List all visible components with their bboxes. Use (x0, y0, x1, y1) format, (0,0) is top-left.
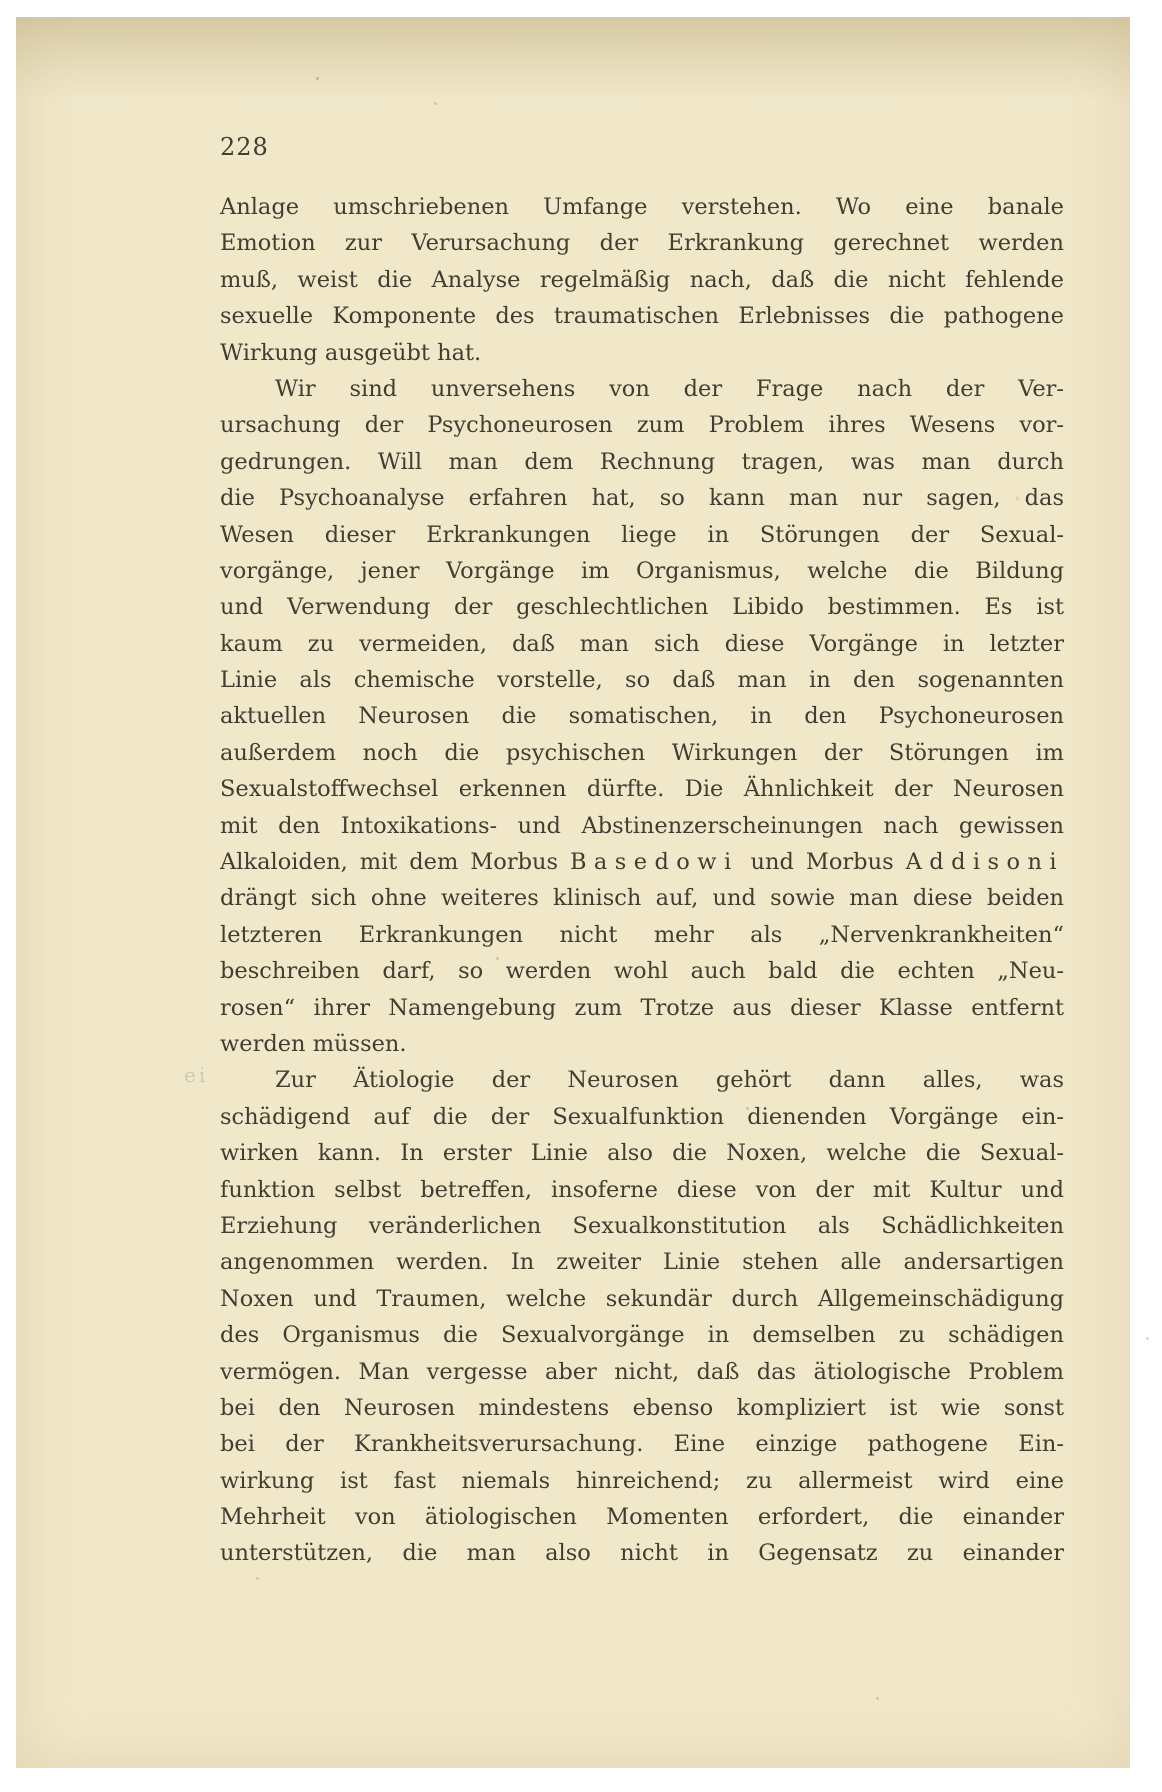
text-line: angenommen werden. In zweiter Linie steh… (220, 1244, 1064, 1280)
text-segment: und Morbus (739, 849, 906, 875)
text-line: unterstützen, die man also nicht in Gege… (220, 1535, 1064, 1571)
text-line: Mehrheit von ätiologischen Momenten erfo… (220, 1499, 1064, 1535)
text-segment: Alkaloiden, mit dem Morbus (220, 849, 570, 875)
text-line: Erziehung veränderlichen Sexualkonstitut… (220, 1208, 1064, 1244)
page-number: 228 (220, 133, 269, 161)
text-line: wirken kann. In erster Linie also die No… (220, 1135, 1064, 1171)
text-line: vermögen. Man vergesse aber nicht, daß d… (220, 1354, 1064, 1390)
scanned-book-page: 228 ei Anlage umschriebenen Umfange vers… (0, 0, 1162, 1792)
paper-sheet: 228 ei Anlage umschriebenen Umfange vers… (16, 17, 1130, 1768)
text-line: wirkung ist fast niemals hinreichend; zu… (220, 1463, 1064, 1499)
bleedthrough-text: ei (184, 1063, 208, 1087)
text-line: mit den Intoxikations- und Abstinenzersc… (220, 808, 1064, 844)
emphasized-name: Addisoni (906, 849, 1064, 875)
emphasized-name: Basedowi (570, 849, 739, 875)
text-line: vorgänge, jener Vorgänge im Organismus, … (220, 553, 1064, 589)
text-line: Wesen dieser Erkrankungen liege in Störu… (220, 517, 1064, 553)
text-line: Emotion zur Verursachung der Erkrankung … (220, 225, 1064, 261)
text-line: drängt sich ohne weiteres klinisch auf, … (220, 880, 1064, 916)
text-line: Noxen und Traumen, welche sekundär durch… (220, 1281, 1064, 1317)
text-line: bei der Krankheitsverursachung. Eine ein… (220, 1426, 1064, 1462)
text-line: Wirkung ausgeübt hat. (220, 335, 1064, 371)
text-line: funktion selbst betreffen, insoferne die… (220, 1172, 1064, 1208)
text-line: werden müssen. (220, 1026, 1064, 1062)
text-line: bei den Neurosen mindestens ebenso kompl… (220, 1390, 1064, 1426)
text-line: rosen“ ihrer Namengebung zum Trotze aus … (220, 990, 1064, 1026)
text-line: Anlage umschriebenen Umfange verstehen. … (220, 189, 1064, 225)
text-line: Wir sind unversehens von der Frage nach … (220, 371, 1064, 407)
text-line: außerdem noch die psychischen Wirkungen … (220, 735, 1064, 771)
text-line: aktuellen Neurosen die somatischen, in d… (220, 698, 1064, 734)
text-line: letzteren Erkrankungen nicht mehr als „N… (220, 917, 1064, 953)
text-line: Linie als chemische vorstelle, so daß ma… (220, 662, 1064, 698)
text-line: gedrungen. Will man dem Rechnung tragen,… (220, 444, 1064, 480)
text-line: die Psychoanalyse erfahren hat, so kann … (220, 480, 1064, 516)
text-line: Sexualstoffwechsel erkennen dürfte. Die … (220, 771, 1064, 807)
text-line: und Verwendung der geschlechtlichen Libi… (220, 589, 1064, 625)
text-line: ursachung der Psychoneurosen zum Problem… (220, 407, 1064, 443)
text-line: des Organismus die Sexualvorgänge in dem… (220, 1317, 1064, 1353)
text-line: muß, weist die Analyse regelmäßig nach, … (220, 262, 1064, 298)
text-line: Alkaloiden, mit dem Morbus Basedowi und … (220, 844, 1064, 880)
text-line: kaum zu vermeiden, daß man sich diese Vo… (220, 626, 1064, 662)
text-line: beschreiben darf, so werden wohl auch ba… (220, 953, 1064, 989)
text-line: Zur Ätiologie der Neurosen gehört dann a… (220, 1062, 1064, 1098)
text-line: sexuelle Komponente des traumatischen Er… (220, 298, 1064, 334)
body-text: Anlage umschriebenen Umfange verstehen. … (220, 189, 1064, 1572)
text-line: schädigend auf die der Sexualfunktion di… (220, 1099, 1064, 1135)
